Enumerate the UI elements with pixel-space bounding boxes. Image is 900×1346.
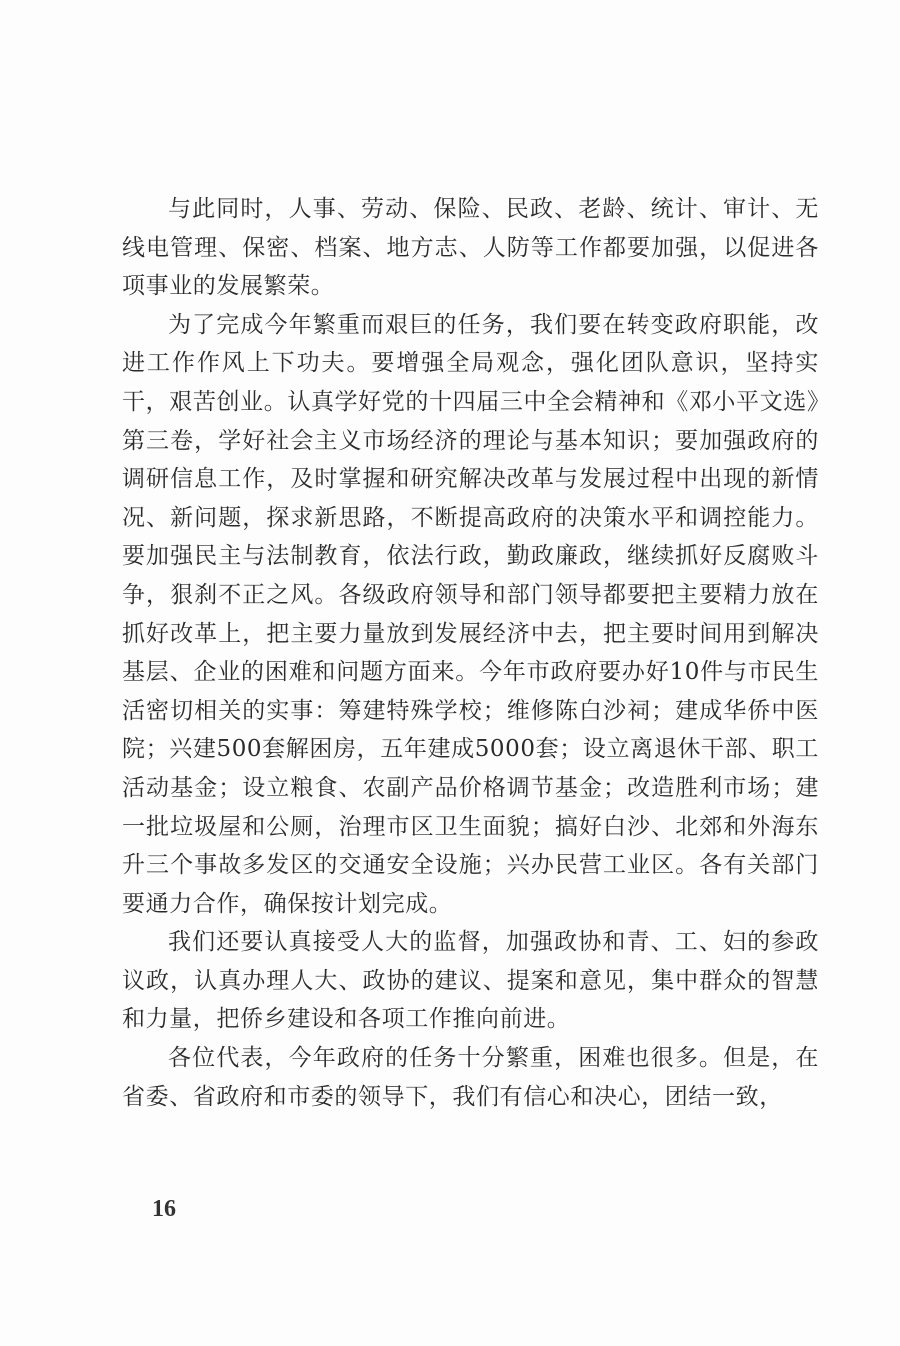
paragraph-3: 我们还要认真接受人大的监督，加强政协和青、工、妇的参政议政，认真办理人大、政协的… (122, 923, 819, 1039)
document-page: 与此同时，人事、劳动、保险、民政、老龄、统计、审计、无线电管理、保密、档案、地方… (0, 0, 900, 1346)
paragraph-4: 各位代表，今年政府的任务十分繁重，困难也很多。但是，在省委、省政府和市委的领导下… (122, 1039, 819, 1116)
page-number: 16 (152, 1196, 176, 1223)
body-text: 与此同时，人事、劳动、保险、民政、老龄、统计、审计、无线电管理、保密、档案、地方… (122, 190, 819, 1116)
paragraph-2: 为了完成今年繁重而艰巨的任务，我们要在转变政府职能，改进工作作风上下功夫。要增强… (122, 306, 819, 924)
paragraph-1: 与此同时，人事、劳动、保险、民政、老龄、统计、审计、无线电管理、保密、档案、地方… (122, 190, 819, 306)
